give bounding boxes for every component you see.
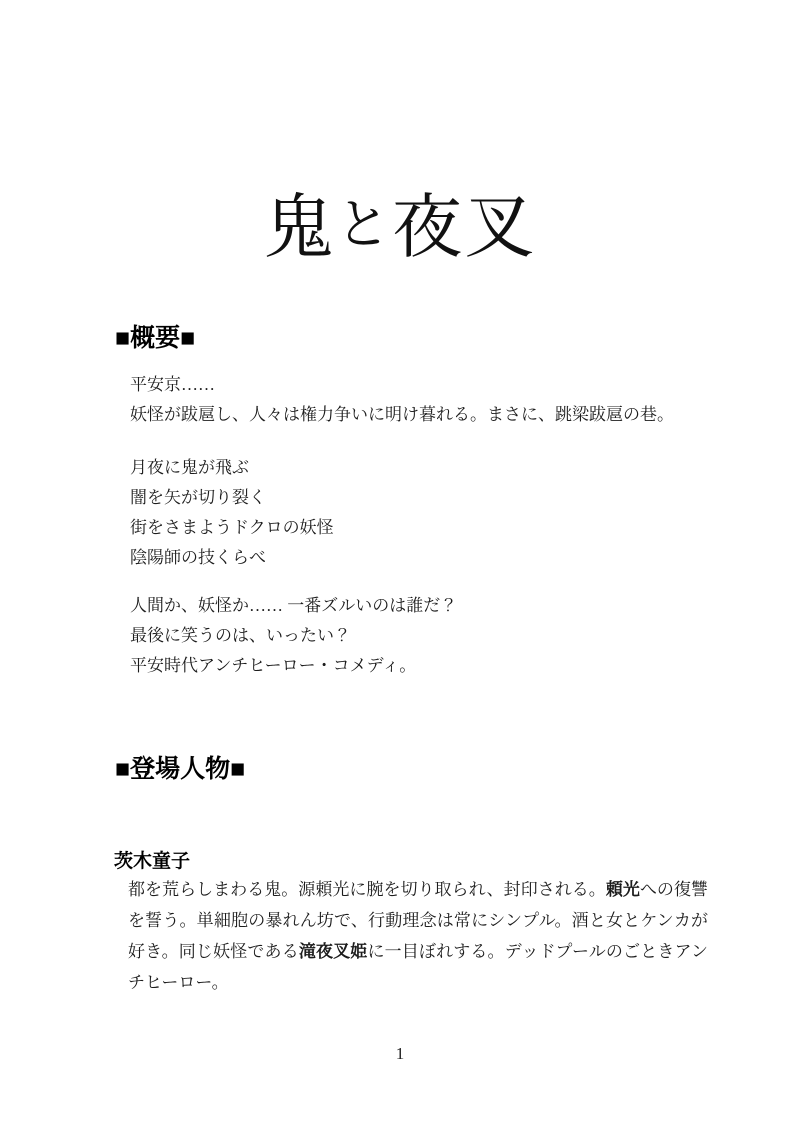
overview-intro-paragraph: 平安京…… 妖怪が跋扈し、人々は権力争いに明け暮れる。まさに、跳梁跋扈の巷。 — [130, 370, 674, 430]
overview-tagline-paragraph: 人間か、妖怪か…… 一番ズルいのは誰だ？ 最後に笑うのは、いったい？ 平安時代ア… — [130, 591, 457, 681]
description-text: 都を荒らしまわる鬼。源頼光に腕を切り取られ、封印される。 — [128, 880, 606, 899]
title-part1: 鬼 — [264, 190, 336, 267]
paragraph-line: 平安時代アンチヒーロー・コメディ。 — [130, 651, 457, 681]
page-number: 1 — [0, 1044, 800, 1064]
paragraph-line: 平安京…… — [130, 370, 674, 400]
description-bold-name: 滝夜叉姫 — [299, 942, 368, 961]
document-page: 鬼と夜叉 ■概要■ 平安京…… 妖怪が跋扈し、人々は権力争いに明け暮れる。まさに… — [0, 0, 800, 1131]
stanza-line: 陰陽師の技くらべ — [130, 543, 334, 573]
stanza-line: 闇を矢が切り裂く — [130, 483, 334, 513]
section-heading-overview: ■概要■ — [115, 323, 195, 353]
paragraph-line: 妖怪が跋扈し、人々は権力争いに明け暮れる。まさに、跳梁跋扈の巷。 — [130, 400, 674, 430]
character-description: 都を荒らしまわる鬼。源頼光に腕を切り取られ、封印される。頼光への復讐を誓う。単細… — [128, 874, 708, 998]
stanza-line: 街をさまようドクロの妖怪 — [130, 513, 334, 543]
document-title: 鬼と夜叉 — [0, 189, 800, 270]
paragraph-line: 最後に笑うのは、いったい？ — [130, 621, 457, 651]
section-heading-characters: ■登場人物■ — [115, 754, 245, 784]
overview-stanza: 月夜に鬼が飛ぶ 闇を矢が切り裂く 街をさまようドクロの妖怪 陰陽師の技くらべ — [130, 453, 334, 573]
title-particle: と — [336, 194, 393, 255]
character-name: 茨木童子 — [114, 850, 190, 873]
stanza-line: 月夜に鬼が飛ぶ — [130, 453, 334, 483]
title-part2: 夜叉 — [392, 190, 536, 267]
paragraph-line: 人間か、妖怪か…… 一番ズルいのは誰だ？ — [130, 591, 457, 621]
description-bold-name: 頼光 — [606, 880, 640, 899]
